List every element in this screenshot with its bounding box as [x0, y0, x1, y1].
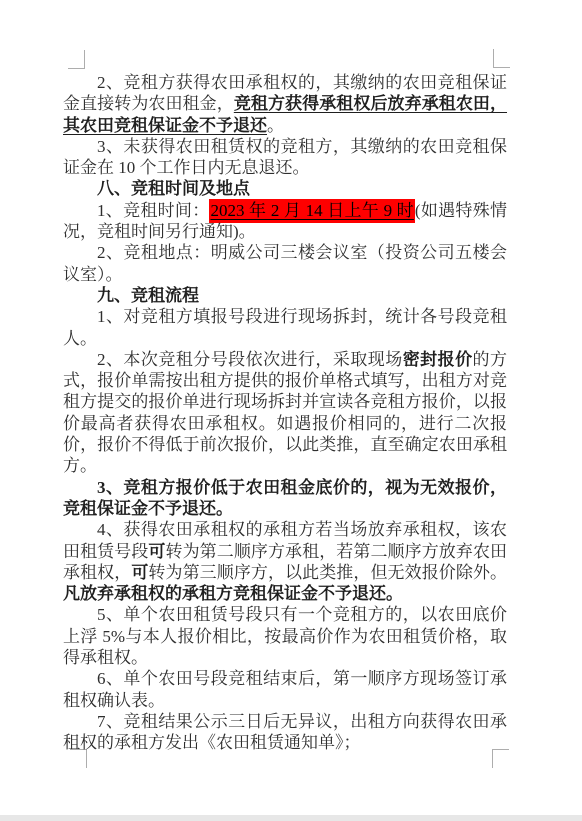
text-run: 5、单个农田租赁号段只有一个竞租方的，以农田底价上浮 5%与本人报价相比，按最高…: [63, 605, 507, 667]
paragraph: 八、竞租时间及地点: [63, 178, 507, 199]
paragraph: 1、对竞租方填报号段进行现场拆封，统计各号段竞租人。: [63, 306, 507, 349]
text-run: 。: [267, 116, 284, 135]
paragraph: 九、竞租流程: [63, 285, 507, 306]
text-run: 九、竞租流程: [97, 286, 199, 305]
page-bottom-gap: [0, 815, 582, 821]
text-run: 2、竞租地点：明威公司三楼会议室（投资公司五楼会议室）。: [63, 243, 507, 283]
text-boundary-mark-top-left: [68, 50, 85, 69]
text-run: 3、竞租方报价低于农田租金底价的，视为无效报价，竞租保证金不予退还。: [63, 478, 507, 518]
text-run: 7、竞租结果公示三日后无异议，出租方向获得农田承租权的承租方发出《农田租赁通知单…: [63, 712, 507, 752]
text-boundary-mark-top-right: [493, 49, 510, 68]
text-run: 密封报价: [403, 350, 473, 369]
paragraph: 2、本次竞租分号段依次进行，采取现场密封报价的方式，报价单需按出租方提供的报价单…: [63, 349, 507, 477]
paragraph: 2、竞租方获得农田承租权的，其缴纳的农田竞租保证金直接转为农田租金，竞租方获得承…: [63, 72, 507, 136]
text-run: 2、本次竞租分号段依次进行，采取现场: [97, 350, 403, 369]
document-page: 2、竞租方获得农田承租权的，其缴纳的农田竞租保证金直接转为农田租金，竞租方获得承…: [0, 0, 582, 821]
text-run: 转为第三顺序方，以此类推，但无效报价除外。: [148, 563, 507, 582]
paragraph: 2、竞租地点：明威公司三楼会议室（投资公司五楼会议室）。: [63, 242, 507, 285]
text-run: 6、单个农田号段竞租结束后，第一顺序方现场签订承租权确认表。: [63, 669, 507, 709]
text-run: 1、竞租时间：: [97, 201, 209, 220]
text-run: 凡放弃承租权的承租方竞租保证金不予退还。: [63, 584, 403, 603]
paragraph: 3、未获得农田租赁权的竞租方，其缴纳的农田竞租保证金在 10 个工作日内无息退还…: [63, 136, 507, 179]
paragraph: 3、竞租方报价低于农田租金底价的，视为无效报价，竞租保证金不予退还。: [63, 477, 507, 520]
paragraph: 1、竞租时间：2023 年 2 月 14 日上午 9 时(如遇特殊情况，竞租时间…: [63, 200, 507, 243]
paragraph: 4、获得农田承租权的承租方若当场放弃承租权，该农田租赁号段可转为第二顺序方承租，…: [63, 519, 507, 604]
paragraph: 7、竞租结果公示三日后无异议，出租方向获得农田承租权的承租方发出《农田租赁通知单…: [63, 711, 507, 754]
document-body: 2、竞租方获得农田承租权的，其缴纳的农田竞租保证金直接转为农田租金，竞租方获得承…: [63, 72, 507, 754]
text-run: 八、竞租时间及地点: [97, 179, 250, 198]
paragraph: 5、单个农田租赁号段只有一个竞租方的，以农田底价上浮 5%与本人报价相比，按最高…: [63, 604, 507, 668]
text-run: 3、未获得农田租赁权的竞租方，其缴纳的农田竞租保证金在 10 个工作日内无息退还…: [63, 137, 507, 177]
text-run: 可: [148, 542, 165, 561]
text-run: 可: [131, 563, 148, 582]
text-run: 1、对竞租方填报号段进行现场拆封，统计各号段竞租人。: [63, 307, 507, 347]
highlighted-date: 2023 年 2 月 14 日上午 9 时: [209, 199, 414, 223]
paragraph: 6、单个农田号段竞租结束后，第一顺序方现场签订承租权确认表。: [63, 668, 507, 711]
